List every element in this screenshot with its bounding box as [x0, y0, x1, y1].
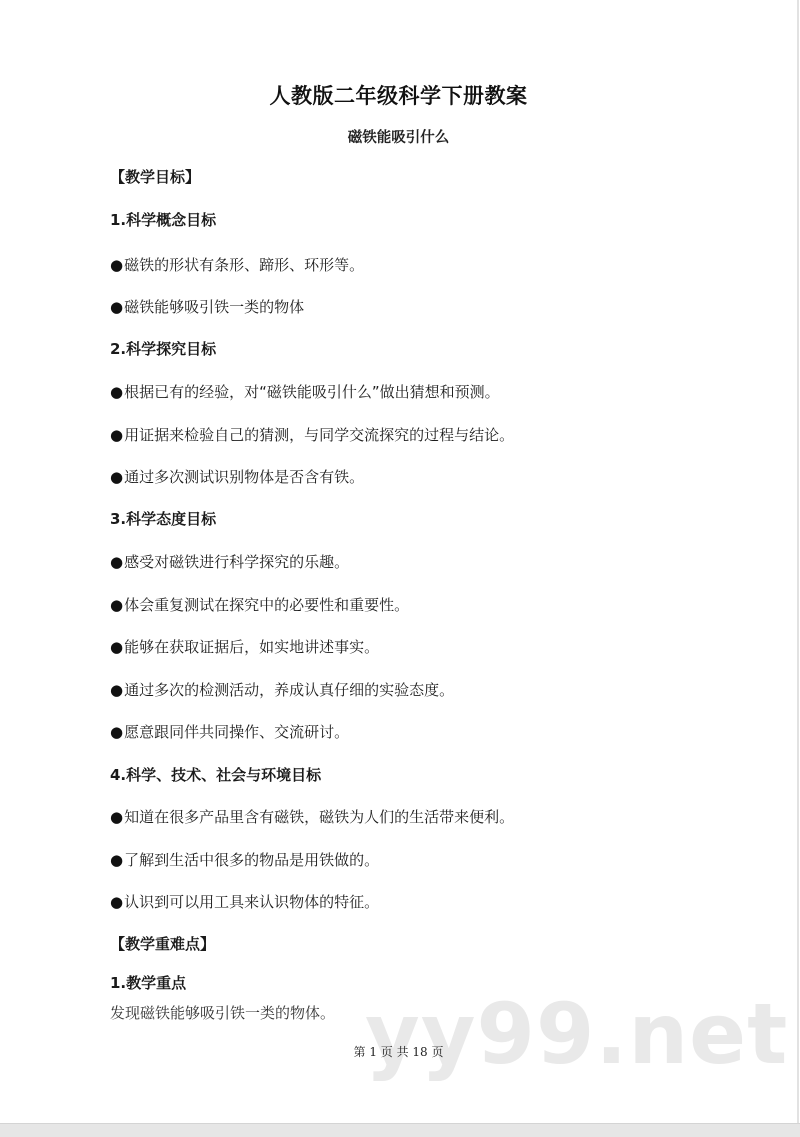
list-item: ●通过多次测试识别物体是否含有铁。 — [110, 467, 364, 487]
list-item: ●感受对磁铁进行科学探究的乐趣。 — [110, 552, 349, 572]
list-item: ●通过多次的检测活动，养成认真仔细的实验态度。 — [110, 680, 454, 700]
section-header-key-points: 【教学重难点】 — [110, 934, 215, 954]
goal1-heading: 1.科学概念目标 — [110, 210, 216, 230]
goal3-heading: 3.科学态度目标 — [110, 509, 216, 529]
bullet-icon: ● — [110, 382, 123, 402]
list-item: ●磁铁的形状有条形、蹄形、环形等。 — [110, 255, 364, 275]
key-point1-heading: 1.教学重点 — [110, 973, 186, 993]
bullet-icon: ● — [110, 807, 123, 827]
list-item: ●知道在很多产品里含有磁铁，磁铁为人们的生活带来便利。 — [110, 807, 514, 827]
list-item: ●能够在获取证据后，如实地讲述事实。 — [110, 637, 379, 657]
bullet-icon: ● — [110, 425, 123, 445]
list-item: ●了解到生活中很多的物品是用铁做的。 — [110, 850, 379, 870]
bullet-icon: ● — [110, 467, 123, 487]
bullet-icon: ● — [110, 892, 123, 912]
goal4-heading: 4.科学、技术、社会与环境目标 — [110, 765, 321, 785]
goal2-heading: 2.科学探究目标 — [110, 339, 216, 359]
watermark: yy99.net — [365, 992, 788, 1076]
document-subtitle: 磁铁能吸引什么 — [0, 126, 797, 147]
bullet-icon: ● — [110, 850, 123, 870]
bullet-icon: ● — [110, 552, 123, 572]
list-item: ●用证据来检验自己的猜测，与同学交流探究的过程与结论。 — [110, 425, 514, 445]
bullet-icon: ● — [110, 595, 123, 615]
document-page: yy99.net 人教版二年级科学下册教案 磁铁能吸引什么 【教学目标】 1.科… — [0, 0, 799, 1123]
list-item: ●体会重复测试在探究中的必要性和重要性。 — [110, 595, 409, 615]
list-item: ●认识到可以用工具来认识物体的特征。 — [110, 892, 379, 912]
list-item: ●根据已有的经验，对“磁铁能吸引什么”做出猜想和预测。 — [110, 382, 500, 402]
bullet-icon: ● — [110, 722, 123, 742]
page-footer: 第 1 页 共 18 页 — [0, 1043, 797, 1060]
list-item: ●磁铁能够吸引铁一类的物体 — [110, 297, 304, 317]
key-point1-text: 发现磁铁能够吸引铁一类的物体。 — [110, 1003, 335, 1023]
bullet-icon: ● — [110, 680, 123, 700]
bullet-icon: ● — [110, 637, 123, 657]
section-header-goals: 【教学目标】 — [110, 167, 200, 187]
bullet-icon: ● — [110, 255, 123, 275]
list-item: ●愿意跟同伴共同操作、交流研讨。 — [110, 722, 349, 742]
bullet-icon: ● — [110, 297, 123, 317]
page-gap — [0, 1123, 800, 1137]
document-title: 人教版二年级科学下册教案 — [0, 80, 797, 110]
